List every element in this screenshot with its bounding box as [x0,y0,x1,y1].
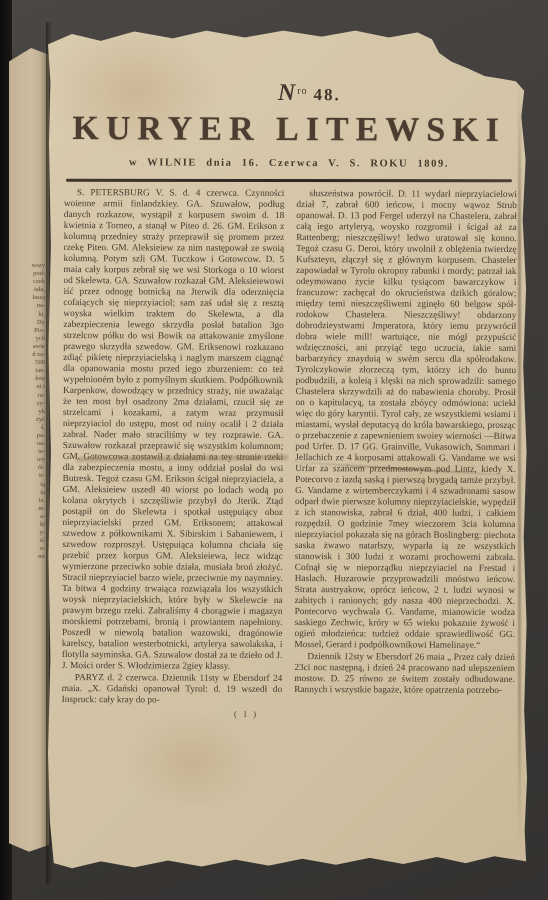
masthead-title: KURYER LITEWSKI [49,110,529,150]
article-paragraph: słuszeństwa powrócił. D. 11 wydarł niepr… [294,189,517,652]
right-edge-fold [518,82,521,842]
left-column: S. PETERSBURG V. S. d. 4 czerwca. Czynno… [62,188,285,720]
issue-number: 48. [314,85,341,104]
issue-ordinal-suffix: ro [297,86,307,97]
previous-page-edge: wszy pod- czek iała, lassą na- ki, Dy Pi… [9,26,49,872]
issue-number-line: Nro 48. [49,79,529,108]
newspaper-page: Nro 48. KURYER LITEWSKI w WILNIE dnia 16… [48,22,528,882]
article-paragraph: Dziennik 12sty w Ebersdorf 26 maia „ Prz… [294,652,515,697]
page-content: Nro 48. KURYER LITEWSKI w WILNIE dnia 16… [47,79,530,721]
right-column: słuszeństwa powrócił. D. 11 wydarł niepr… [294,189,517,721]
article-paragraph: PARYZ d. 2 czerwca. Dziennik 11sty w Ebe… [62,673,283,707]
article-paragraph: S. PETERSBURG V. S. d. 4 czerwca. Czynno… [62,188,285,673]
dateline: w WILNIE dnia 16. Czerwca V. S. ROKU 180… [49,157,529,170]
issue-prefix: N [278,80,297,106]
masthead-rule [66,179,512,182]
page-number-footer: ( 1 ) [62,708,259,720]
article-columns: S. PETERSBURG V. S. d. 4 czerwca. Czynno… [47,181,529,721]
previous-page-text-fragments: wszy pod- czek iała, lassą na- ki, Dy Pi… [9,26,49,561]
